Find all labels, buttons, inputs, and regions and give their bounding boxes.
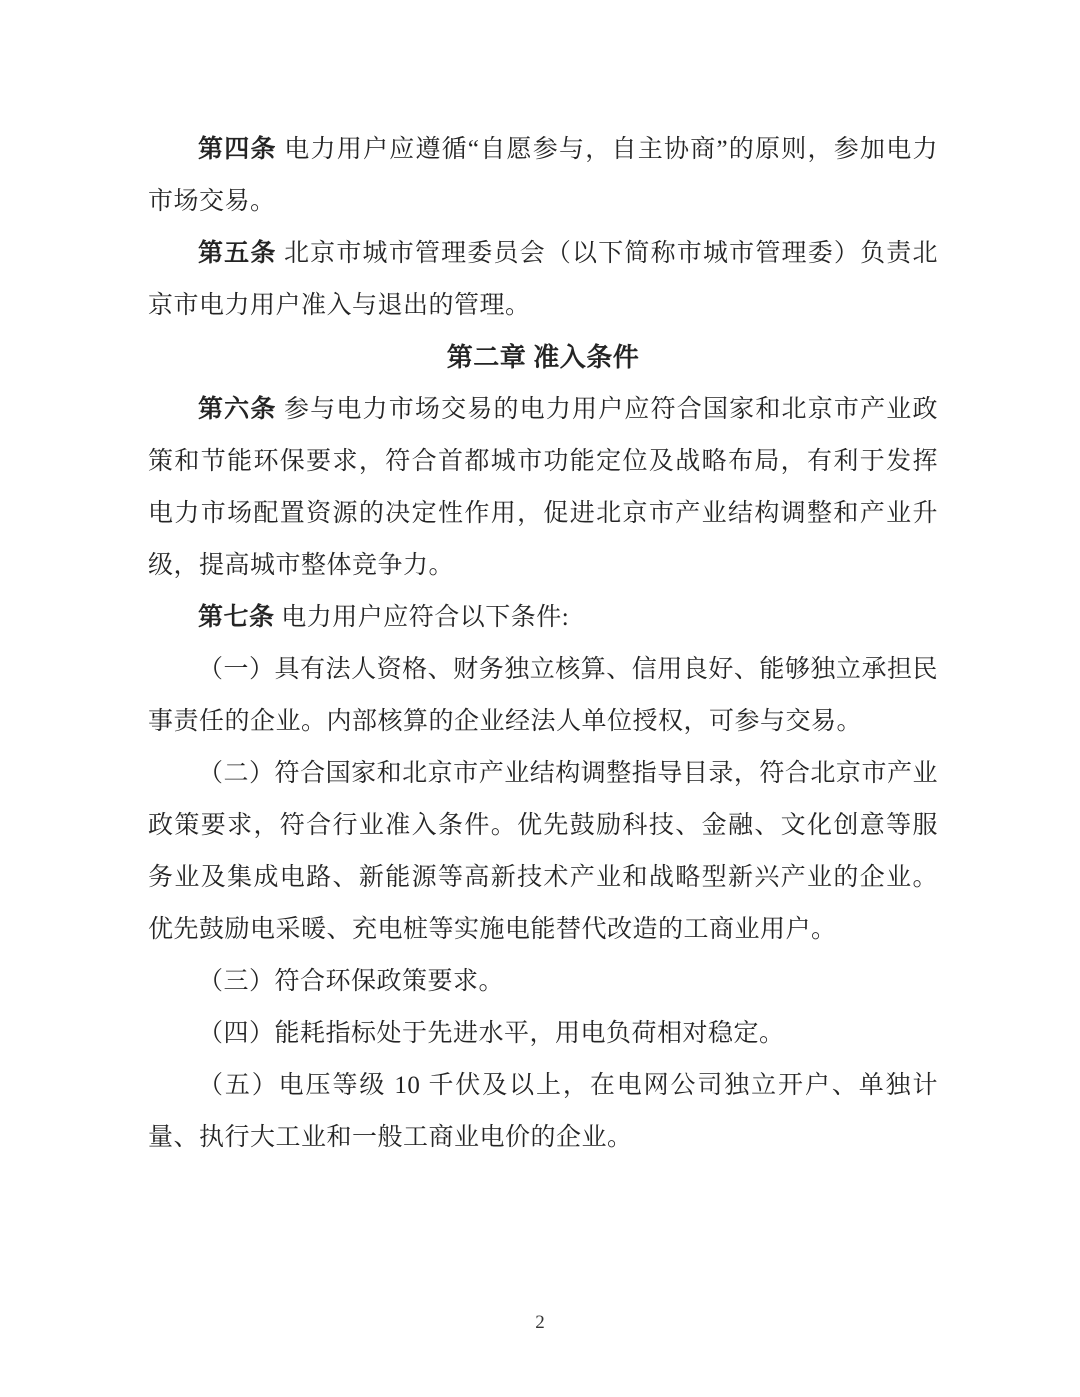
paragraph: （一）具有法人资格、财务独立核算、信用良好、能够独立承担民事责任的企业。内部核算… [148, 644, 938, 748]
article-number: 第四条 [198, 136, 277, 163]
paragraph: 第四条 电力用户应遵循“自愿参与，自主协商”的原则，参加电力市场交易。 [148, 124, 938, 228]
paragraph: （三）符合环保政策要求。 [148, 956, 938, 1008]
paragraph: 第七条 电力用户应符合以下条件: [148, 592, 938, 644]
chapter-heading: 第二章 准入条件 [148, 332, 938, 384]
document-body: 第四条 电力用户应遵循“自愿参与，自主协商”的原则，参加电力市场交易。第五条 北… [148, 124, 938, 1164]
paragraph: （四）能耗指标处于先进水平，用电负荷相对稳定。 [148, 1008, 938, 1060]
paragraph: （二）符合国家和北京市产业结构调整指导目录，符合北京市产业政策要求，符合行业准入… [148, 748, 938, 956]
paragraph: （五）电压等级 10 千伏及以上，在电网公司独立开户、单独计量、执行大工业和一般… [148, 1060, 938, 1164]
paragraph: 第五条 北京市城市管理委员会（以下简称市城市管理委）负责北京市电力用户准入与退出… [148, 228, 938, 332]
article-number: 第六条 [198, 396, 277, 423]
article-number: 第五条 [198, 240, 277, 267]
page-number: 2 [0, 1310, 1080, 1336]
article-number: 第七条 [198, 604, 275, 631]
paragraph: 第六条 参与电力市场交易的电力用户应符合国家和北京市产业政策和节能环保要求，符合… [148, 384, 938, 592]
document-page: 第四条 电力用户应遵循“自愿参与，自主协商”的原则，参加电力市场交易。第五条 北… [0, 0, 1080, 1397]
